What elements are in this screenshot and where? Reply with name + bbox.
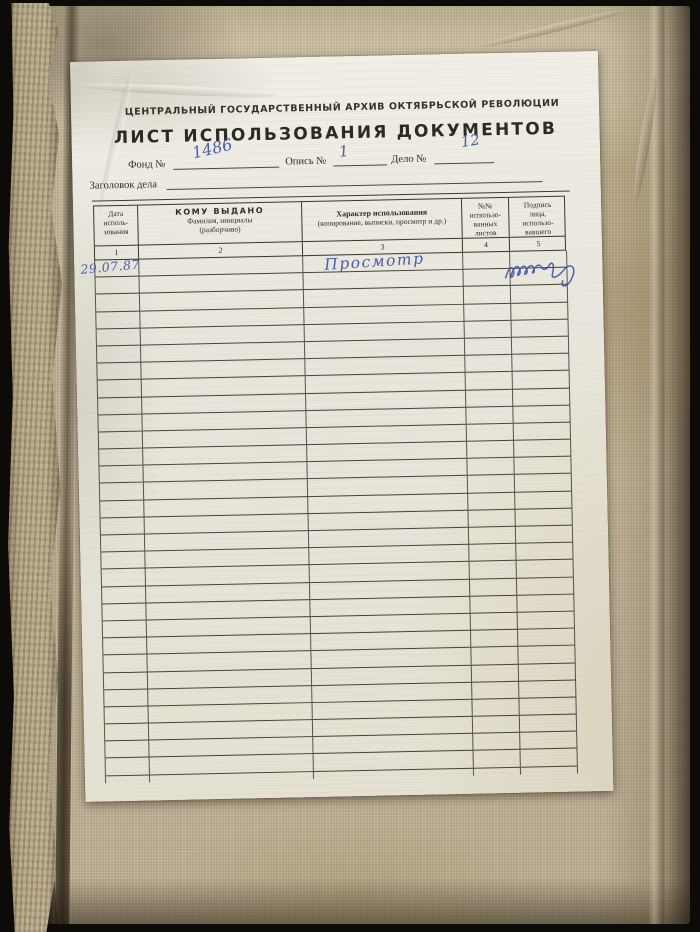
table-cell bbox=[101, 535, 145, 553]
table-cell bbox=[97, 346, 141, 364]
table-cell bbox=[470, 561, 517, 579]
table-cell bbox=[513, 371, 570, 389]
table-cell bbox=[470, 578, 517, 596]
column-number: 5 bbox=[510, 237, 567, 251]
table-cell bbox=[102, 586, 146, 604]
table-cell bbox=[102, 603, 146, 621]
table-cell bbox=[515, 508, 572, 526]
col-issued-to-header: КОМУ ВЫДАНО Фамилия, инициалы (разборчив… bbox=[138, 202, 303, 244]
table-cell bbox=[520, 732, 577, 750]
col-usage-type-header: Характер использования (копирование, вып… bbox=[302, 199, 463, 241]
table-cell bbox=[517, 560, 574, 578]
usage-sheet-form: ЦЕНТРАЛЬНЫЙ ГОСУДАРСТВЕННЫЙ АРХИВ ОКТЯБР… bbox=[70, 51, 613, 802]
table-cell bbox=[517, 594, 574, 612]
table-cell bbox=[469, 544, 516, 562]
table-cell bbox=[104, 689, 148, 707]
table-cell bbox=[515, 491, 572, 509]
table-cell bbox=[471, 613, 518, 631]
table-cell bbox=[106, 775, 150, 783]
table-cell bbox=[517, 577, 574, 595]
opis-label: Опись № bbox=[285, 156, 326, 168]
delo-value-line bbox=[434, 150, 494, 164]
table-cell bbox=[518, 611, 575, 629]
table-cell bbox=[514, 440, 571, 458]
table-cell bbox=[513, 388, 570, 406]
table-cell bbox=[105, 741, 149, 759]
case-title-label: Заголовок дела bbox=[89, 179, 157, 191]
table-cell bbox=[101, 517, 145, 535]
fabric-crease bbox=[481, 6, 628, 50]
table-cell bbox=[103, 655, 147, 673]
table-cell bbox=[471, 647, 518, 665]
scanned-archive-page: ЦЕНТРАЛЬНЫЙ ГОСУДАРСТВЕННЫЙ АРХИВ ОКТЯБР… bbox=[0, 0, 700, 932]
table-cell bbox=[474, 767, 521, 775]
table-cell bbox=[473, 716, 520, 734]
table-cell bbox=[515, 474, 572, 492]
table-cell bbox=[511, 302, 568, 320]
opis-number-handwritten: 1 bbox=[338, 142, 350, 161]
table-cell bbox=[106, 758, 150, 776]
form-title: ЛИСТ ИСПОЛЬЗОВАНИЯ ДОКУМЕНТОВ bbox=[71, 118, 599, 149]
table-cell bbox=[466, 389, 513, 407]
table-cell bbox=[519, 680, 576, 698]
column-number: 4 bbox=[463, 238, 510, 252]
table-cell bbox=[512, 354, 569, 372]
table-cell bbox=[518, 646, 575, 664]
archive-name-header: ЦЕНТРАЛЬНЫЙ ГОСУДАРСТВЕННЫЙ АРХИВ ОКТЯБР… bbox=[71, 97, 599, 119]
table-cell bbox=[516, 526, 573, 544]
table-cell bbox=[102, 569, 146, 587]
table-cell bbox=[103, 638, 147, 656]
table-cell bbox=[512, 319, 569, 337]
table-cell bbox=[514, 457, 571, 475]
delo-number-handwritten: 12 bbox=[459, 130, 481, 151]
table-cell bbox=[464, 303, 511, 321]
table-cell bbox=[96, 294, 140, 312]
table-cell bbox=[519, 663, 576, 681]
table-cell bbox=[520, 715, 577, 733]
signature-scribble bbox=[502, 252, 585, 294]
table-cell bbox=[99, 466, 143, 484]
table-cell bbox=[471, 630, 518, 648]
table-cell bbox=[467, 424, 514, 442]
fond-value-line bbox=[173, 155, 279, 170]
table-cell bbox=[100, 483, 144, 501]
table-cell bbox=[472, 681, 519, 699]
table-cell bbox=[467, 441, 514, 459]
table-cell bbox=[465, 338, 512, 356]
table-cell bbox=[467, 458, 514, 476]
table-cell bbox=[104, 672, 148, 690]
delo-label: Дело № bbox=[391, 154, 426, 166]
table-cell bbox=[97, 328, 141, 346]
table-cell bbox=[513, 405, 570, 423]
table-cell bbox=[96, 277, 140, 295]
cover-fold-right bbox=[648, 6, 666, 924]
fond-label: Фонд № bbox=[128, 159, 165, 171]
table-cell bbox=[100, 500, 144, 518]
table-cell bbox=[512, 337, 569, 355]
table-cell bbox=[472, 699, 519, 717]
table-cell bbox=[519, 697, 576, 715]
table-cell bbox=[96, 311, 140, 329]
table-cell bbox=[474, 750, 521, 768]
table-cell bbox=[98, 380, 142, 398]
col-sheets-used-header: №№ использо- ванных листов bbox=[462, 198, 510, 238]
case-title-row: Заголовок дела bbox=[89, 168, 583, 191]
table-cell bbox=[472, 664, 519, 682]
table-cell bbox=[466, 372, 513, 390]
table-cell bbox=[516, 543, 573, 561]
table-cell bbox=[103, 620, 147, 638]
table-cell bbox=[468, 510, 515, 528]
table-cell bbox=[469, 527, 516, 545]
table-cell bbox=[99, 431, 143, 449]
case-title-line bbox=[167, 169, 543, 190]
table-cell bbox=[468, 475, 515, 493]
table-cell bbox=[468, 492, 515, 510]
col-signature-header: Подпись лица, использо- вавшего дело bbox=[509, 197, 567, 237]
table-cell bbox=[99, 449, 143, 467]
table-cell bbox=[105, 724, 149, 742]
table-cell bbox=[473, 733, 520, 751]
table-cell bbox=[98, 414, 142, 432]
table-body bbox=[94, 251, 577, 783]
table-cell bbox=[470, 596, 517, 614]
table-cell bbox=[98, 397, 142, 415]
col-date-header: Дата исполь- зования bbox=[94, 206, 139, 246]
table-cell bbox=[521, 749, 578, 767]
table-cell bbox=[521, 766, 578, 774]
table-cell bbox=[101, 552, 145, 570]
table-cell bbox=[105, 706, 149, 724]
table-cell bbox=[514, 422, 571, 440]
paper-wrinkle bbox=[77, 81, 277, 100]
table-cell bbox=[465, 355, 512, 373]
table-cell bbox=[466, 406, 513, 424]
table-cell bbox=[518, 629, 575, 647]
table-cell bbox=[465, 321, 512, 339]
table-cell bbox=[97, 363, 141, 381]
